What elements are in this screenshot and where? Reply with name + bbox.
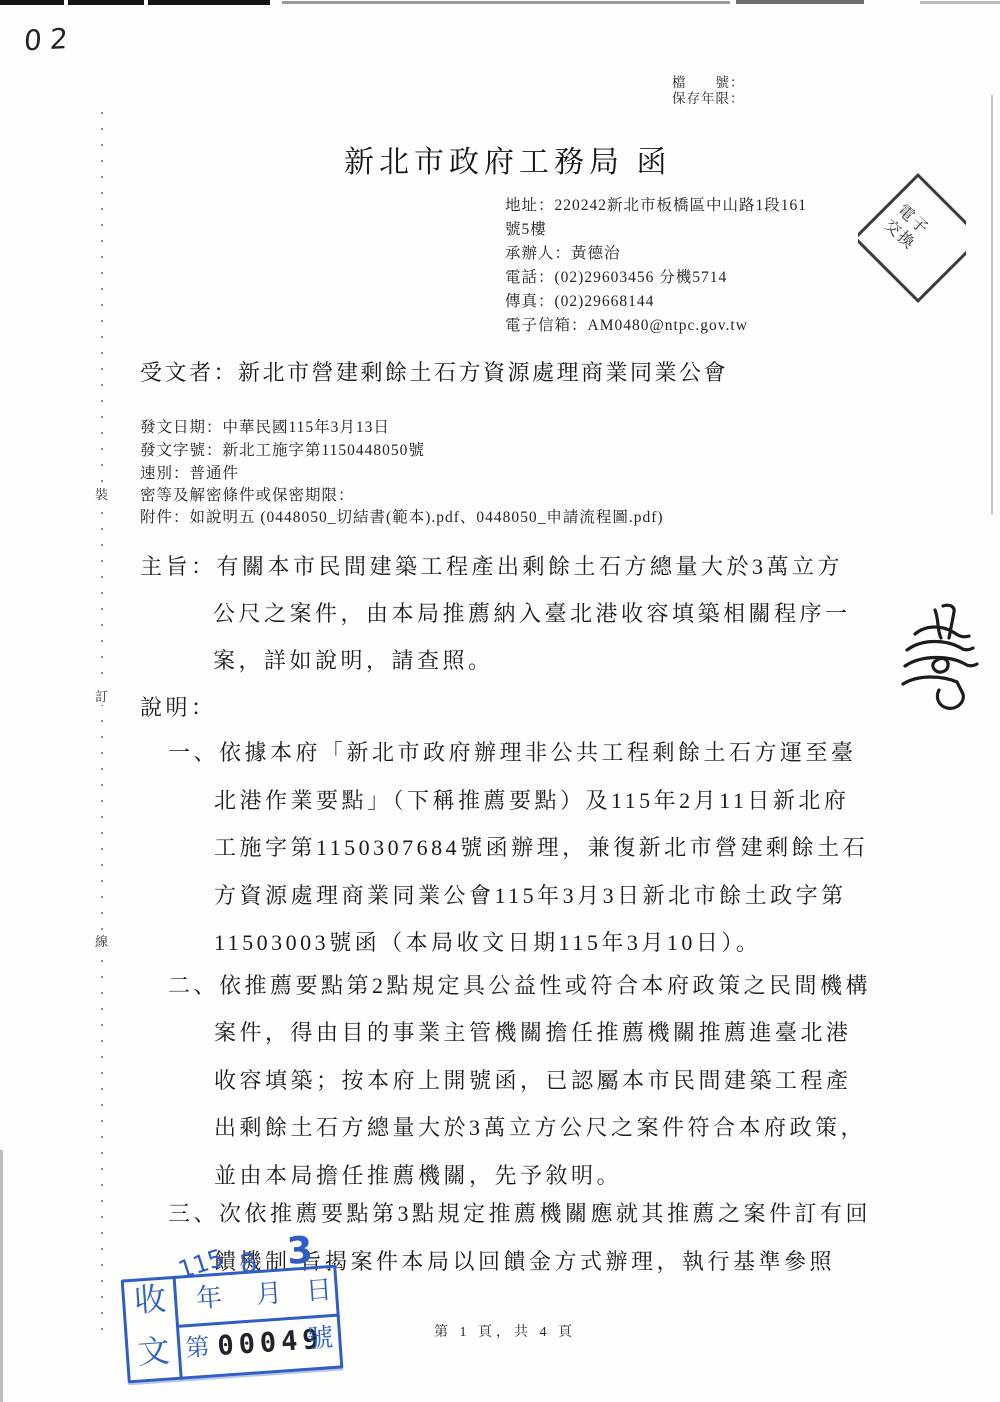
sender-fax: 傳真：(02)29668144 — [505, 294, 654, 310]
item1-line4: 方資源處理商業同業公會115年3月3日新北市餘土政字第 — [214, 885, 847, 907]
item2-line2: 案件，得由目的事業主管機關擔任推薦機關推薦進臺北港 — [214, 1022, 852, 1044]
electronic-exchange-stamp: 電子 交換 — [858, 168, 966, 310]
receipt-stamp-year-label: 年 — [195, 1285, 223, 1313]
sender-address-line2: 號5樓 — [505, 222, 547, 238]
receipt-stamp: 收 文 年 月 日 第 00049 號 — [121, 1265, 344, 1384]
receipt-stamp-number-suffix: 號 — [306, 1325, 334, 1353]
item2-line3: 收容填築；按本府上開號函，已認屬本市民間建築工程產 — [214, 1070, 852, 1092]
subject-line3: 案，詳如說明，請查照。 — [213, 650, 494, 672]
item2-line1: 二、依推薦要點第2點規定具公益性或符合本府政策之民間機構 — [168, 975, 871, 997]
retention-period-label: 保存年限： — [672, 92, 745, 106]
sender-phone: 電話：(02)29603456 分機5714 — [505, 270, 727, 286]
scan-artifact-bar — [0, 0, 64, 5]
issue-date: 發文日期：中華民國115年3月13日 — [140, 420, 390, 436]
receipt-stamp-month-label: 月 — [255, 1280, 283, 1308]
binding-dotted-line — [101, 112, 103, 1337]
page-indicator: 第 1 頁，共 4 頁 — [434, 1326, 576, 1340]
subject-line1: 主旨：有關本市民間建築工程產出剩餘土石方總量大於3萬立方 — [140, 556, 843, 578]
margin-mark-binding: 裝 — [95, 486, 108, 503]
receipt-stamp-day-label: 日 — [305, 1277, 333, 1305]
item1-line5: 11503003號函（本局收文日期115年3月10日）。 — [214, 932, 761, 954]
item1-line1: 一、依據本府「新北市政府辦理非公共工程剩餘土石方運至臺 — [168, 742, 857, 764]
document-number: 發文字號：新北工施字第1150448050號 — [140, 443, 425, 459]
security-classification: 密等及解密條件或保密期限： — [140, 488, 355, 504]
margin-mark-line: 線 — [95, 933, 108, 950]
delivery-speed: 速別：普通件 — [140, 466, 239, 482]
decorative-scan-mark — [885, 598, 985, 716]
item1-line3: 工施字第1150307684號函辦理，兼復新北市營建剩餘土石 — [214, 837, 868, 859]
scan-artifact-bar — [736, 0, 864, 4]
handwritten-page-number: 02 — [23, 25, 76, 56]
document-title: 新北市政府工務局 函 — [344, 148, 672, 178]
scan-artifact-bar — [920, 1, 1000, 4]
attachments-line: 附件：如說明五 (0448050_切結書(範本).pdf、0448050_申請流… — [140, 510, 664, 526]
scan-artifact-bar — [282, 1, 730, 4]
scan-edge-line — [0, 1150, 3, 1402]
receipt-stamp-char-shou: 收 — [133, 1283, 167, 1317]
sender-contact-person: 承辦人：黃德治 — [505, 246, 621, 262]
file-number-label: 檔 號： — [672, 76, 745, 90]
handwritten-month: 3 — [286, 1231, 314, 1270]
receipt-stamp-number-prefix: 第 — [185, 1336, 211, 1362]
scan-artifact-bar — [148, 0, 270, 5]
item2-line4: 出剩餘土石方總量大於3萬立方公尺之案件符合本府政策， — [214, 1117, 866, 1139]
scan-edge-line — [991, 95, 993, 515]
recipient-line: 受文者：新北市營建剩餘土石方資源處理商業同業公會 — [140, 362, 728, 384]
item3-line1: 三、次依推薦要點第3點規定推薦機關應就其推薦之案件訂有回 — [168, 1203, 871, 1225]
scan-artifact-bar — [68, 0, 144, 5]
subject-line2: 公尺之案件，由本局推薦納入臺北港收容填築相關程序一 — [213, 603, 851, 625]
item1-line2: 北港作業要點」（下稱推薦要點）及115年2月11日新北府 — [214, 790, 849, 812]
item2-line5: 並由本局擔任推薦機關，先予敘明。 — [214, 1165, 622, 1187]
scanned-letter-page: 02 檔 號： 保存年限： 新北市政府工務局 函 電子 交換 地址：220242… — [0, 0, 1000, 1402]
margin-mark-staple: 訂 — [95, 688, 108, 705]
sender-address-line1: 地址：220242新北市板橋區中山路1段161 — [505, 198, 807, 214]
explanation-label: 說明： — [140, 697, 217, 719]
sender-email: 電子信箱：AM0480@ntpc.gov.tw — [505, 318, 748, 334]
receipt-stamp-char-wen: 文 — [137, 1334, 171, 1368]
